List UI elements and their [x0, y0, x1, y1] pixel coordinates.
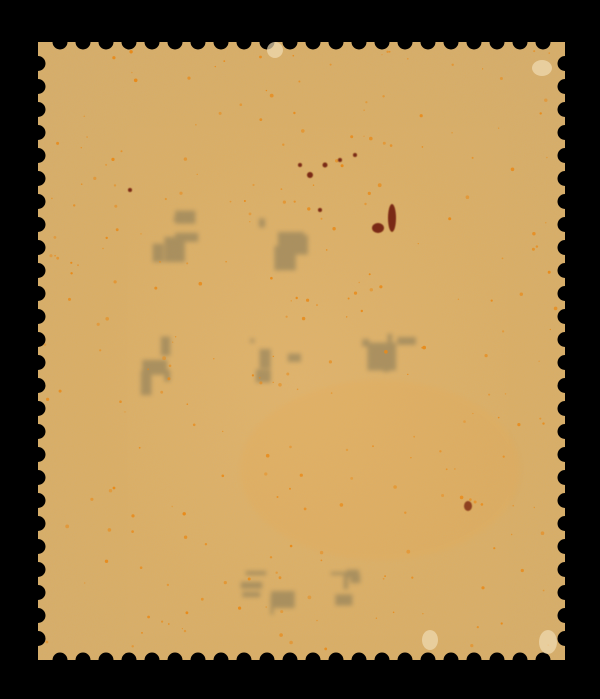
- stamp-back-image: [0, 0, 600, 699]
